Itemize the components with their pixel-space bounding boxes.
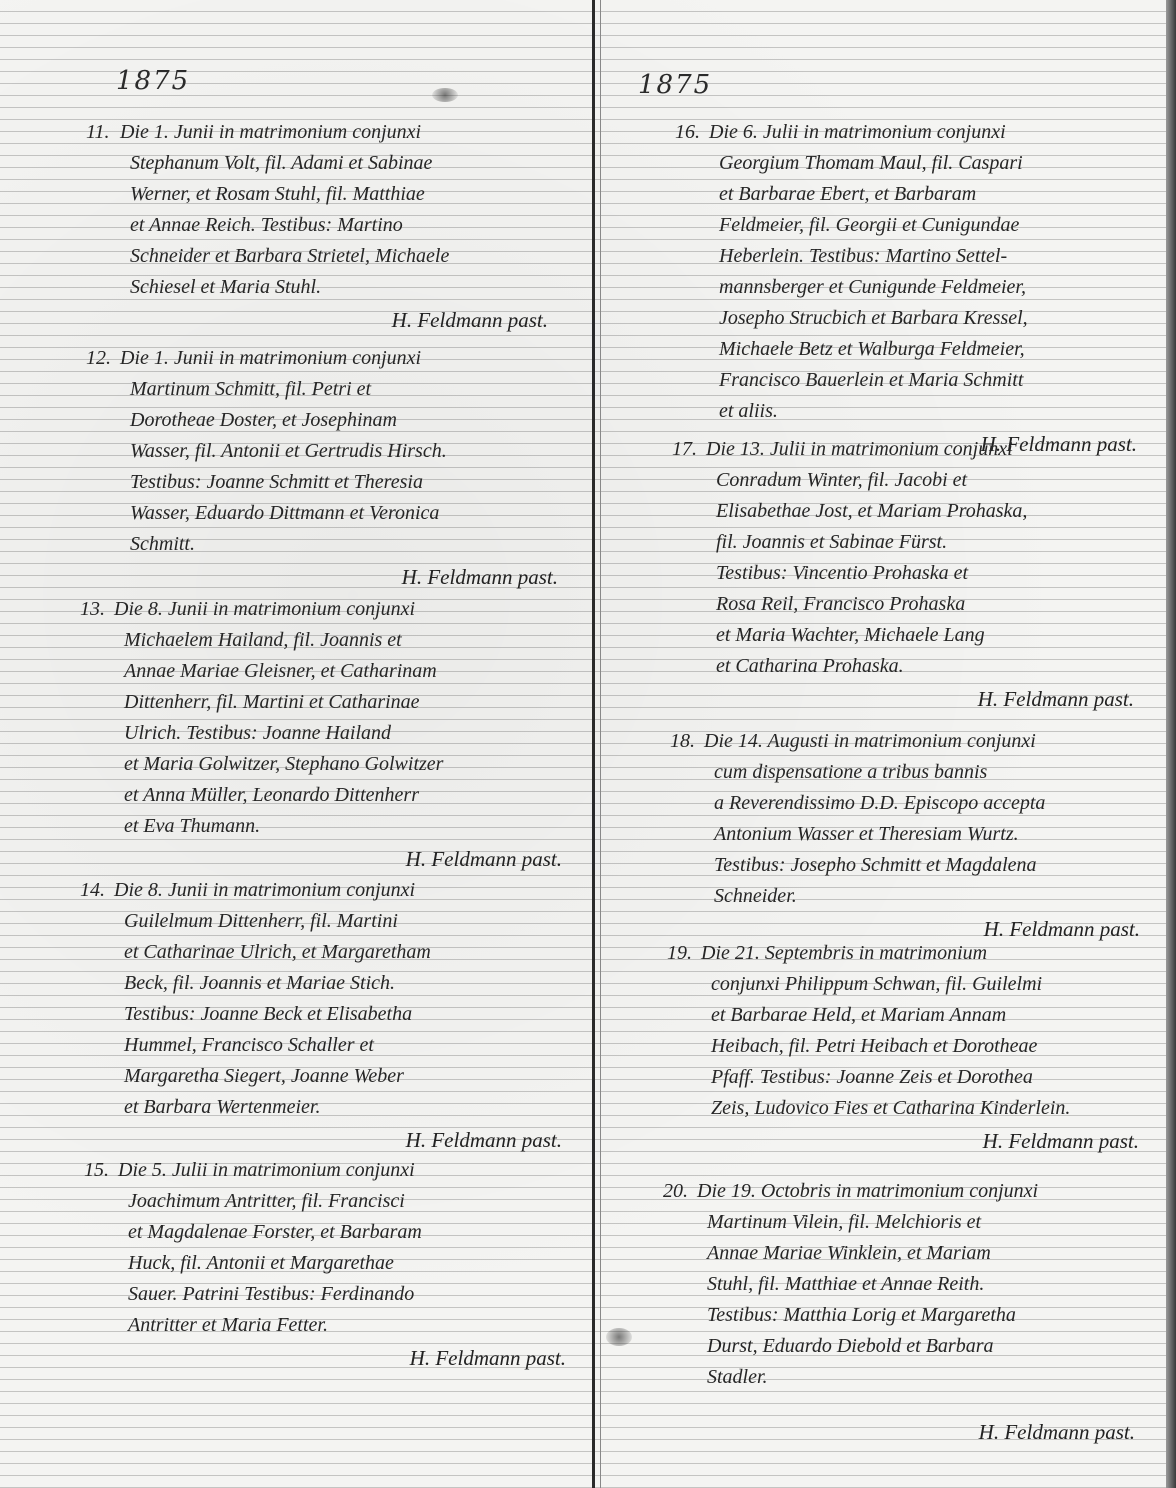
entry-text: Stadler. <box>707 1362 768 1393</box>
entry-line: Beck, fil. Joannis et Mariae Stich. <box>80 968 580 999</box>
entry-text: Feldmeier, fil. Georgii et Cunigundae <box>719 210 1019 241</box>
entry-text: Testibus: Josepho Schmitt et Magdalena <box>714 850 1037 881</box>
entry-text: et Magdalenae Forster, et Barbaram <box>128 1217 422 1248</box>
entry-text: Ulrich. Testibus: Joanne Hailand <box>124 718 391 749</box>
entry-line: Martinum Vilein, fil. Melchioris et <box>663 1207 1153 1238</box>
entry-text: Hummel, Francisco Schaller et <box>124 1030 374 1061</box>
entry-line: Margaretha Siegert, Joanne Weber <box>80 1061 580 1092</box>
entry-line: Wasser, fil. Antonii et Gertrudis Hirsch… <box>86 436 576 467</box>
entry-line: et Barbarae Ebert, et Barbaram <box>675 179 1155 210</box>
entry-text: Testibus: Joanne Schmitt et Theresia <box>130 467 423 498</box>
entry-line: Ulrich. Testibus: Joanne Hailand <box>80 718 580 749</box>
entry-line: Huck, fil. Antonii et Margarethae <box>84 1248 584 1279</box>
entry-line: 19. Die 21. Septembris in matrimonium <box>667 938 1157 969</box>
entry-text: Martinum Schmitt, fil. Petri et <box>130 374 371 405</box>
entry-number: 14. <box>80 875 105 906</box>
entry-text: et Annae Reich. Testibus: Martino <box>130 210 403 241</box>
entry-line: Stuhl, fil. Matthiae et Annae Reith. <box>663 1269 1153 1300</box>
entry-line: et Anna Müller, Leonardo Dittenherr <box>80 780 580 811</box>
entry-line: Conradum Winter, fil. Jacobi et <box>672 465 1152 496</box>
entry-line: Pfaff. Testibus: Joanne Zeis et Dorothea <box>667 1062 1157 1093</box>
entry-line: Michaele Betz et Walburga Feldmeier, <box>675 334 1155 365</box>
entry-text: Die 14. Augusti in matrimonium conjunxi <box>704 726 1036 757</box>
entry-line: conjunxi Philippum Schwan, fil. Guilelmi <box>667 969 1157 1000</box>
entry-line: Wasser, Eduardo Dittmann et Veronica <box>86 498 576 529</box>
entry-text: et Maria Golwitzer, Stephano Golwitzer <box>124 749 443 780</box>
entry-line: Stadler. <box>663 1362 1153 1393</box>
entry-text: Dorotheae Doster, et Josephinam <box>130 405 397 436</box>
entry-text: Schneider. <box>714 881 797 912</box>
entry-text: Dittenherr, fil. Martini et Catharinae <box>124 687 420 718</box>
entry-line: 14. Die 8. Junii in matrimonium conjunxi <box>80 875 580 906</box>
entry-text: Huck, fil. Antonii et Margarethae <box>128 1248 394 1279</box>
entry-line: Guilelmum Dittenherr, fil. Martini <box>80 906 580 937</box>
entry-number: 15. <box>84 1155 109 1186</box>
entry-text: Schneider et Barbara Strietel, Michaele <box>130 241 449 272</box>
entry-line: et Maria Golwitzer, Stephano Golwitzer <box>80 749 580 780</box>
entry-text: Josepho Strucbich et Barbara Kressel, <box>719 303 1028 334</box>
left-page: 1875 11. Die 1. Junii in matrimonium con… <box>0 0 592 1488</box>
entry-text: Die 8. Junii in matrimonium conjunxi <box>114 875 415 906</box>
entry-text: Die 8. Junii in matrimonium conjunxi <box>114 594 415 625</box>
entry-line: Joachimum Antritter, fil. Francisci <box>84 1186 584 1217</box>
entry-line: Antritter et Maria Fetter. <box>84 1310 584 1341</box>
entry-text: Werner, et Rosam Stuhl, fil. Matthiae <box>130 179 425 210</box>
entry-text: Durst, Eduardo Diebold et Barbara <box>707 1331 993 1362</box>
entry-text: et Catharinae Ulrich, et Margaretham <box>124 937 431 968</box>
marriage-entry: 15. Die 5. Julii in matrimonium conjunxi… <box>84 1155 584 1375</box>
page-gutter-line <box>592 0 595 1488</box>
entry-line: 12. Die 1. Junii in matrimonium conjunxi <box>86 343 576 374</box>
entry-text: fil. Joannis et Sabinae Fürst. <box>716 527 947 558</box>
marriage-entry: 14. Die 8. Junii in matrimonium conjunxi… <box>80 875 580 1157</box>
entry-text: Conradum Winter, fil. Jacobi et <box>716 465 967 496</box>
entry-text: Die 21. Septembris in matrimonium <box>701 938 987 969</box>
pastor-signature: H. Feldmann past. <box>80 1123 580 1157</box>
entry-line: et Maria Wachter, Michaele Lang <box>672 620 1152 651</box>
entry-text: Annae Mariae Gleisner, et Catharinam <box>124 656 437 687</box>
marriage-entry: 20. Die 19. Octobris in matrimonium conj… <box>663 1176 1153 1449</box>
entry-text: mannsberger et Cunigunde Feldmeier, <box>719 272 1026 303</box>
entry-line: et Annae Reich. Testibus: Martino <box>86 210 566 241</box>
entry-text: conjunxi Philippum Schwan, fil. Guilelmi <box>711 969 1042 1000</box>
page-year: 1875 <box>116 66 190 96</box>
entry-text: Georgium Thomam Maul, fil. Caspari <box>719 148 1023 179</box>
entry-line: Schmitt. <box>86 529 576 560</box>
entry-line: Testibus: Matthia Lorig et Margaretha <box>663 1300 1153 1331</box>
entry-line: Dittenherr, fil. Martini et Catharinae <box>80 687 580 718</box>
entry-text: Rosa Reil, Francisco Prohaska <box>716 589 965 620</box>
entry-text: Francisco Bauerlein et Maria Schmitt <box>719 365 1023 396</box>
entry-line: Heberlein. Testibus: Martino Settel- <box>675 241 1155 272</box>
entry-line: et aliis. <box>675 396 1155 427</box>
entry-line: Annae Mariae Gleisner, et Catharinam <box>80 656 580 687</box>
marriage-entry: 12. Die 1. Junii in matrimonium conjunxi… <box>86 343 576 594</box>
entry-text: Martinum Vilein, fil. Melchioris et <box>707 1207 981 1238</box>
entry-text: Testibus: Matthia Lorig et Margaretha <box>707 1300 1016 1331</box>
marriage-entry: 13. Die 8. Junii in matrimonium conjunxi… <box>80 594 580 876</box>
entry-line: a Reverendissimo D.D. Episcopo accepta <box>670 788 1158 819</box>
entry-text: Die 6. Julii in matrimonium conjunxi <box>709 117 1006 148</box>
pastor-signature: H. Feldmann past. <box>663 1415 1153 1449</box>
entry-line: Hummel, Francisco Schaller et <box>80 1030 580 1061</box>
entry-text: Pfaff. Testibus: Joanne Zeis et Dorothea <box>711 1062 1033 1093</box>
entry-text: et Barbarae Held, et Mariam Annam <box>711 1000 1006 1031</box>
entry-line: Dorotheae Doster, et Josephinam <box>86 405 576 436</box>
pastor-signature: H. Feldmann past. <box>672 682 1152 716</box>
right-page: 1875 16. Die 6. Julii in matrimonium con… <box>600 0 1166 1488</box>
entry-text: et Catharina Prohaska. <box>716 651 904 682</box>
entry-line: Martinum Schmitt, fil. Petri et <box>86 374 576 405</box>
entry-text: Antonium Wasser et Theresiam Wurtz. <box>714 819 1019 850</box>
entry-line: et Barbarae Held, et Mariam Annam <box>667 1000 1157 1031</box>
entry-text: Stuhl, fil. Matthiae et Annae Reith. <box>707 1269 984 1300</box>
entry-line: 11. Die 1. Junii in matrimonium conjunxi <box>86 117 566 148</box>
entry-line: 15. Die 5. Julii in matrimonium conjunxi <box>84 1155 584 1186</box>
entry-text: Michaele Betz et Walburga Feldmeier, <box>719 334 1025 365</box>
entry-line: 18. Die 14. Augusti in matrimonium conju… <box>670 726 1158 757</box>
entry-line: Stephanum Volt, fil. Adami et Sabinae <box>86 148 566 179</box>
pastor-signature: H. Feldmann past. <box>667 1124 1157 1158</box>
entry-line: Schneider. <box>670 881 1158 912</box>
entry-line: 13. Die 8. Junii in matrimonium conjunxi <box>80 594 580 625</box>
entry-text: Zeis, Ludovico Fies et Catharina Kinderl… <box>711 1093 1070 1124</box>
entry-text: et Barbara Wertenmeier. <box>124 1092 320 1123</box>
pastor-signature: H. Feldmann past. <box>84 1341 584 1375</box>
entry-number: 16. <box>675 117 700 148</box>
entry-line: Georgium Thomam Maul, fil. Caspari <box>675 148 1155 179</box>
entry-text: Beck, fil. Joannis et Mariae Stich. <box>124 968 395 999</box>
entry-line: Werner, et Rosam Stuhl, fil. Matthiae <box>86 179 566 210</box>
entry-text: Die 13. Julii in matrimonium conjunxi <box>706 434 1013 465</box>
entry-line: Francisco Bauerlein et Maria Schmitt <box>675 365 1155 396</box>
entry-text: et Maria Wachter, Michaele Lang <box>716 620 985 651</box>
entry-text: et Eva Thumann. <box>124 811 260 842</box>
entry-number: 17. <box>672 434 697 465</box>
entry-text: Wasser, Eduardo Dittmann et Veronica <box>130 498 439 529</box>
entry-line: Rosa Reil, Francisco Prohaska <box>672 589 1152 620</box>
entry-text: Schmitt. <box>130 529 195 560</box>
marriage-entry: 16. Die 6. Julii in matrimonium conjunxi… <box>675 117 1155 461</box>
entry-line: et Catharinae Ulrich, et Margaretham <box>80 937 580 968</box>
entry-text: Annae Mariae Winklein, et Mariam <box>707 1238 991 1269</box>
page-year: 1875 <box>638 70 712 100</box>
entry-line: Annae Mariae Winklein, et Mariam <box>663 1238 1153 1269</box>
entry-text: a Reverendissimo D.D. Episcopo accepta <box>714 788 1045 819</box>
entry-text: Die 1. Junii in matrimonium conjunxi <box>120 343 421 374</box>
entry-text: Die 5. Julii in matrimonium conjunxi <box>118 1155 415 1186</box>
entry-line: et Magdalenae Forster, et Barbaram <box>84 1217 584 1248</box>
entry-text: Elisabethae Jost, et Mariam Prohaska, <box>716 496 1027 527</box>
pastor-signature: H. Feldmann past. <box>86 303 566 337</box>
entry-number: 18. <box>670 726 695 757</box>
entry-line: Josepho Strucbich et Barbara Kressel, <box>675 303 1155 334</box>
entry-line: Testibus: Joanne Beck et Elisabetha <box>80 999 580 1030</box>
entry-line: Testibus: Vincentio Prohaska et <box>672 558 1152 589</box>
scan-edge-shadow <box>1166 0 1176 1488</box>
entry-text: Joachimum Antritter, fil. Francisci <box>128 1186 405 1217</box>
entry-text: cum dispensatione a tribus bannis <box>714 757 987 788</box>
entry-line: et Barbara Wertenmeier. <box>80 1092 580 1123</box>
entry-line: 17. Die 13. Julii in matrimonium conjunx… <box>672 434 1152 465</box>
entry-line: fil. Joannis et Sabinae Fürst. <box>672 527 1152 558</box>
entry-text: Testibus: Joanne Beck et Elisabetha <box>124 999 412 1030</box>
entry-number: 13. <box>80 594 105 625</box>
entry-line: Testibus: Joanne Schmitt et Theresia <box>86 467 576 498</box>
entry-text: Heberlein. Testibus: Martino Settel- <box>719 241 1007 272</box>
pastor-signature: H. Feldmann past. <box>80 842 580 876</box>
entry-line: mannsberger et Cunigunde Feldmeier, <box>675 272 1155 303</box>
entry-line: Schiesel et Maria Stuhl. <box>86 272 566 303</box>
entry-line: Zeis, Ludovico Fies et Catharina Kinderl… <box>667 1093 1157 1124</box>
entry-text: Die 19. Octobris in matrimonium conjunxi <box>697 1176 1038 1207</box>
entry-line: Durst, Eduardo Diebold et Barbara <box>663 1331 1153 1362</box>
entry-text: Wasser, fil. Antonii et Gertrudis Hirsch… <box>130 436 447 467</box>
entry-text: Michaelem Hailand, fil. Joannis et <box>124 625 402 656</box>
entry-line: Antonium Wasser et Theresiam Wurtz. <box>670 819 1158 850</box>
entry-line: et Eva Thumann. <box>80 811 580 842</box>
entry-text: Heibach, fil. Petri Heibach et Dorotheae <box>711 1031 1037 1062</box>
pastor-signature: H. Feldmann past. <box>86 560 576 594</box>
entry-text: Margaretha Siegert, Joanne Weber <box>124 1061 404 1092</box>
entry-text: Sauer. Patrini Testibus: Ferdinando <box>128 1279 414 1310</box>
entry-line: 16. Die 6. Julii in matrimonium conjunxi <box>675 117 1155 148</box>
entry-text: et aliis. <box>719 396 778 427</box>
entry-number: 11. <box>86 117 110 148</box>
entry-number: 12. <box>86 343 111 374</box>
entry-line: et Catharina Prohaska. <box>672 651 1152 682</box>
entry-text: Stephanum Volt, fil. Adami et Sabinae <box>130 148 432 179</box>
entry-text: et Anna Müller, Leonardo Dittenherr <box>124 780 419 811</box>
entry-text: Schiesel et Maria Stuhl. <box>130 272 321 303</box>
entry-line: Elisabethae Jost, et Mariam Prohaska, <box>672 496 1152 527</box>
entry-line: 20. Die 19. Octobris in matrimonium conj… <box>663 1176 1153 1207</box>
entry-line: Schneider et Barbara Strietel, Michaele <box>86 241 566 272</box>
register-page-scan: 1875 11. Die 1. Junii in matrimonium con… <box>0 0 1176 1488</box>
marriage-entry: 18. Die 14. Augusti in matrimonium conju… <box>670 726 1158 946</box>
entry-number: 19. <box>667 938 692 969</box>
marriage-entry: 11. Die 1. Junii in matrimonium conjunxi… <box>86 117 566 337</box>
entry-text: Die 1. Junii in matrimonium conjunxi <box>120 117 421 148</box>
entry-text: Guilelmum Dittenherr, fil. Martini <box>124 906 398 937</box>
entry-number: 20. <box>663 1176 688 1207</box>
entry-line: Sauer. Patrini Testibus: Ferdinando <box>84 1279 584 1310</box>
entry-text: et Barbarae Ebert, et Barbaram <box>719 179 976 210</box>
entry-line: Heibach, fil. Petri Heibach et Dorotheae <box>667 1031 1157 1062</box>
marriage-entry: 19. Die 21. Septembris in matrimonium co… <box>667 938 1157 1158</box>
entry-line: Michaelem Hailand, fil. Joannis et <box>80 625 580 656</box>
entry-line: cum dispensatione a tribus bannis <box>670 757 1158 788</box>
entry-line: Testibus: Josepho Schmitt et Magdalena <box>670 850 1158 881</box>
entry-text: Testibus: Vincentio Prohaska et <box>716 558 968 589</box>
entry-text: Antritter et Maria Fetter. <box>128 1310 328 1341</box>
entry-line: Feldmeier, fil. Georgii et Cunigundae <box>675 210 1155 241</box>
marriage-entry: 17. Die 13. Julii in matrimonium conjunx… <box>672 434 1152 716</box>
